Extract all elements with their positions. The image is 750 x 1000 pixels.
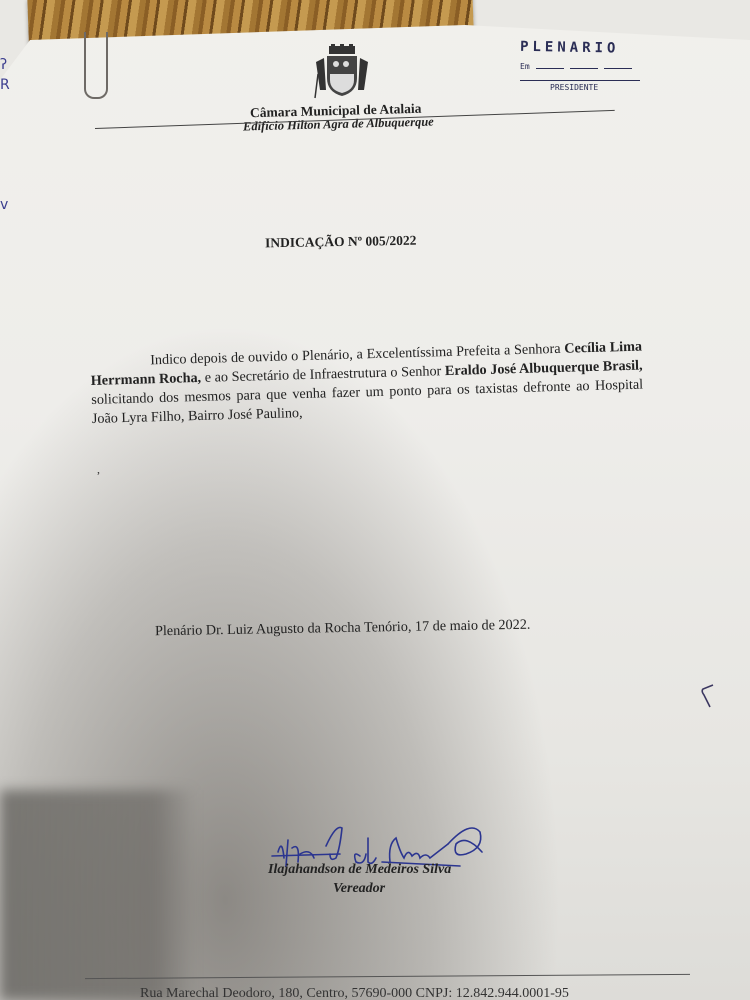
stamp-field-label: Em <box>520 62 530 71</box>
footer-address: Rua Marechal Deodoro, 180, Centro, 57690… <box>140 986 569 1000</box>
stamp-signature-line <box>520 80 640 81</box>
document-title: INDICAÇÃO Nº 005/2022 <box>265 233 417 252</box>
signer-name: Ilajahandson de Medeiros Silva <box>268 862 451 878</box>
secretary-name: Eraldo José Albuquerque Brasil, <box>445 358 643 380</box>
paperclip-icon <box>84 32 108 99</box>
stamp-signature-label: PRESIDENTE <box>550 83 655 92</box>
stray-mark: , <box>97 462 100 477</box>
stamp-date-row: Em <box>520 62 655 71</box>
margin-check-mark-icon <box>700 683 714 709</box>
plenario-stamp: PLENARIO Em PRESIDENTE <box>520 40 655 120</box>
stamp-title: PLENARIO <box>520 39 655 57</box>
underlying-page-marks: ʔRv <box>0 55 10 215</box>
hand-shadow <box>0 790 195 1000</box>
municipal-coat-of-arms-icon <box>312 44 372 100</box>
document-body: Indico depois de ouvido o Plenário, a Ex… <box>90 338 644 429</box>
signer-role: Vereador <box>333 881 385 897</box>
